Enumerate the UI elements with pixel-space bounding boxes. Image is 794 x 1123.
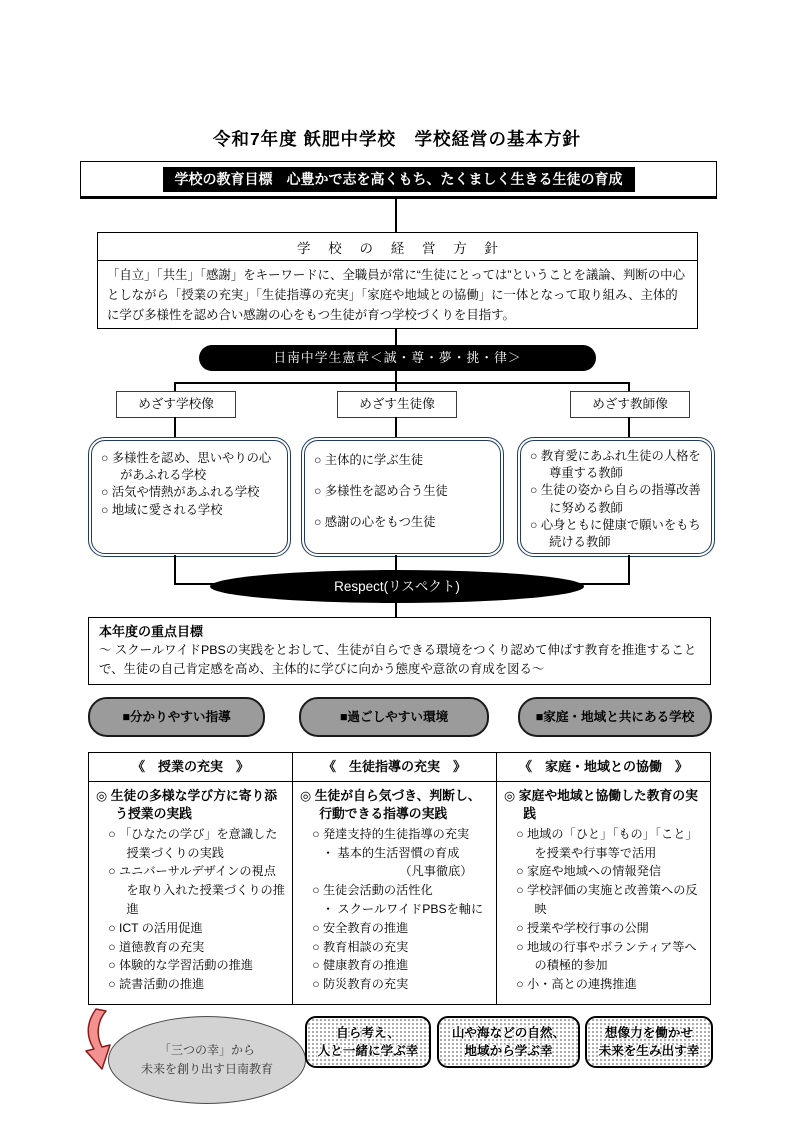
connector-line (628, 555, 630, 585)
list-item: ○ 家庭や地域への情報発信 (504, 862, 706, 881)
list-item: ・ 基本的生活習慣の育成 (300, 844, 492, 863)
vision-box-teacher: ○ 教育愛にあふれ生徒の人格を尊重する教師 ○ 生徒の姿から自らの指導改善に努め… (517, 437, 715, 557)
list-item: ○ 教育相談の充実 (300, 938, 492, 957)
list-item: ○ 読書活動の推進 (96, 975, 288, 994)
vision-box-school: ○ 多様性を認め、思いやりの心があふれる学校 ○ 活気や情熱があふれる学校 ○ … (88, 437, 291, 557)
management-policy-body: 「自立」「共生」「感謝」をキーワードに、全職員が常に“生徒にとっては”ということ… (98, 261, 697, 325)
connector-line (395, 329, 397, 345)
happiness-box-learn-together: 自ら考え、 人と一緒に学ぶ幸 (305, 1016, 431, 1068)
education-goal-frame: 学校の教育目標 心豊かで志を高くもち、たくましく生きる生徒の育成 (80, 161, 717, 199)
pillar-clear-teaching: ■分かりやすい指導 (88, 697, 265, 737)
happiness-box-nature-community: 山や海などの自然、 地域から学ぶ幸 (437, 1016, 580, 1068)
column-lead: ◎ 生徒の多様な学び方に寄り添う授業の実践 (96, 787, 288, 823)
column-header: 《 生徒指導の充実 》 (293, 753, 496, 782)
connector-line (395, 417, 397, 437)
connector-line (174, 417, 176, 437)
happiness-box-imagination-future: 想像力を働かせ 未来を生み出す幸 (585, 1016, 713, 1068)
column-lead: ◎ 生徒が自ら気づき、判断し、行動できる指導の実践 (300, 787, 492, 823)
vision-label-school: めざす学校像 (116, 391, 236, 418)
list-item: ○ 地域の「ひと」「もの」「こと」を授業や行事等で活用 (504, 825, 706, 863)
column-header: 《 授業の充実 》 (89, 753, 292, 782)
column-header: 《 家庭・地域との協働 》 (497, 753, 710, 782)
student-charter-banner: 日南中学生憲章＜誠・尊・夢・挑・律＞ (199, 345, 596, 371)
priority-goal-heading: 本年度の重点目標 (89, 618, 710, 640)
vision-item: ○ 教育愛にあふれ生徒の人格を尊重する教師 (530, 448, 704, 482)
measures-table: 《 授業の充実 》 ◎ 生徒の多様な学び方に寄り添う授業の実践 ○ 「ひなたの学… (88, 752, 711, 1005)
management-policy-box: 学 校 の 経 営 方 針 「自立」「共生」「感謝」をキーワードに、全職員が常に… (97, 232, 698, 329)
list-item: ○ 体験的な学習活動の推進 (96, 956, 288, 975)
connector-line (174, 382, 630, 384)
vision-item: ○ 主体的に学ぶ生徒 (314, 452, 493, 469)
column-body: ◎ 生徒が自ら気づき、判断し、行動できる指導の実践 ○ 発達支持的生徒指導の充実… (293, 782, 496, 994)
vision-label-student: めざす生徒像 (337, 391, 457, 418)
list-item: （凡事徹底） (300, 862, 492, 881)
column-body: ◎ 生徒の多様な学び方に寄り添う授業の実践 ○ 「ひなたの学び」を意識した授業づ… (89, 782, 292, 994)
column-lessons: 《 授業の充実 》 ◎ 生徒の多様な学び方に寄り添う授業の実践 ○ 「ひなたの学… (89, 753, 293, 1004)
connector-line (174, 555, 176, 585)
vision-box-student: ○ 主体的に学ぶ生徒 ○ 多様性を認め合う生徒 ○ 感謝の心をもつ生徒 (301, 437, 504, 557)
connector-line (174, 384, 176, 391)
connector-line (628, 384, 630, 391)
education-goal-banner: 学校の教育目標 心豊かで志を高くもち、たくましく生きる生徒の育成 (163, 167, 635, 192)
connector-line (395, 198, 397, 232)
list-item: ○ 安全教育の推進 (300, 919, 492, 938)
pillar-school-with-community: ■家庭・地域と共にある学校 (518, 697, 712, 737)
priority-goal-body: ～ スクールワイドPBSの実践をとおして、生徒が自らできる環境をつくり認めて伸ば… (89, 640, 710, 679)
document-page: 令和7年度 飫肥中学校 学校経営の基本方針 学校の教育目標 心豊かで志を高くもち… (0, 0, 794, 1123)
list-item: ・ スクールワイドPBSを軸に (300, 900, 492, 919)
list-item: ○ 道徳教育の充実 (96, 938, 288, 957)
vision-label-teacher: めざす教師像 (570, 391, 690, 418)
column-lead: ◎ 家庭や地域と協働した教育の実践 (504, 787, 706, 823)
vision-item: ○ 地域に愛される学校 (101, 502, 280, 519)
list-item: ○ ユニバーサルデザインの視点を取り入れた授業づくりの推進 (96, 862, 288, 918)
list-item: ○ 小・高との連携推進 (504, 975, 706, 994)
page-title: 令和7年度 飫肥中学校 学校経営の基本方針 (0, 126, 794, 151)
vision-item: ○ 感謝の心をもつ生徒 (314, 514, 493, 531)
list-item: ○ 防災教育の充実 (300, 975, 492, 994)
list-item: ○ ICT の活用促進 (96, 919, 288, 938)
vision-item: ○ 活気や情熱があふれる学校 (101, 484, 280, 501)
connector-line (395, 384, 397, 391)
respect-ellipse: Respect(リスペクト) (210, 570, 584, 603)
vision-item: ○ 多様性を認め合う生徒 (314, 483, 493, 500)
management-policy-heading: 学 校 の 経 営 方 針 (98, 233, 697, 261)
column-guidance: 《 生徒指導の充実 》 ◎ 生徒が自ら気づき、判断し、行動できる指導の実践 ○ … (293, 753, 497, 1004)
connector-line (628, 417, 630, 437)
pillar-comfortable-environment: ■過ごしやすい環境 (299, 697, 489, 737)
column-community: 《 家庭・地域との協働 》 ◎ 家庭や地域と協働した教育の実践 ○ 地域の「ひと… (497, 753, 710, 1004)
list-item: ○ 地域の行事やボランティア等への積極的参加 (504, 938, 706, 976)
vision-item: ○ 生徒の姿から自らの指導改善に努める教師 (530, 482, 704, 516)
list-item: ○ 発達支持的生徒指導の充実 (300, 825, 492, 844)
list-item: ○ 健康教育の推進 (300, 956, 492, 975)
column-body: ◎ 家庭や地域と協働した教育の実践 ○ 地域の「ひと」「もの」「こと」を授業や行… (497, 782, 710, 994)
three-happiness-ellipse: 「三つの幸」から 未来を創り出す日南教育 (108, 1016, 306, 1104)
vision-item: ○ 多様性を認め、思いやりの心があふれる学校 (101, 450, 280, 484)
list-item: ○ 生徒会活動の活性化 (300, 881, 492, 900)
list-item: ○ 授業や学校行事の公開 (504, 919, 706, 938)
list-item: ○ 「ひなたの学び」を意識した授業づくりの実践 (96, 825, 288, 863)
vision-item: ○ 心身ともに健康で願いをもち続ける教師 (530, 517, 704, 551)
list-item: ○ 学校評価の実施と改善策への反映 (504, 881, 706, 919)
priority-goal-box: 本年度の重点目標 ～ スクールワイドPBSの実践をとおして、生徒が自らできる環境… (88, 617, 711, 685)
